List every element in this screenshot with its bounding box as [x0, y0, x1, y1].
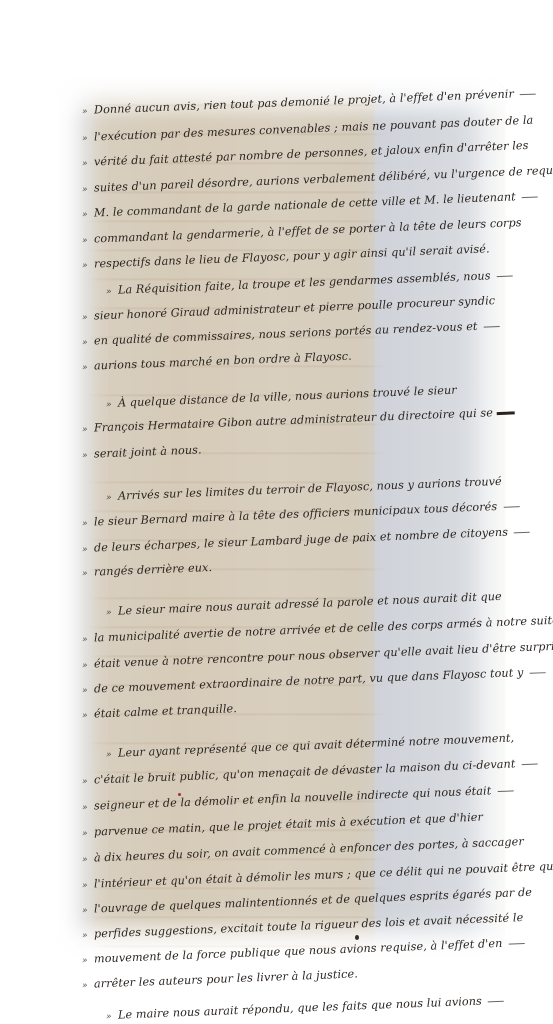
manuscript-scan: »Donné aucun avis, rien tout pas demonié…	[0, 0, 553, 1024]
red-ink-speck	[178, 793, 181, 796]
vignette-left	[40, 0, 85, 1024]
manuscript-line: »Le maire nous aurait répondu, que les f…	[82, 994, 504, 1023]
ink-blot	[355, 935, 359, 940]
strikethrough-mark	[497, 411, 515, 415]
